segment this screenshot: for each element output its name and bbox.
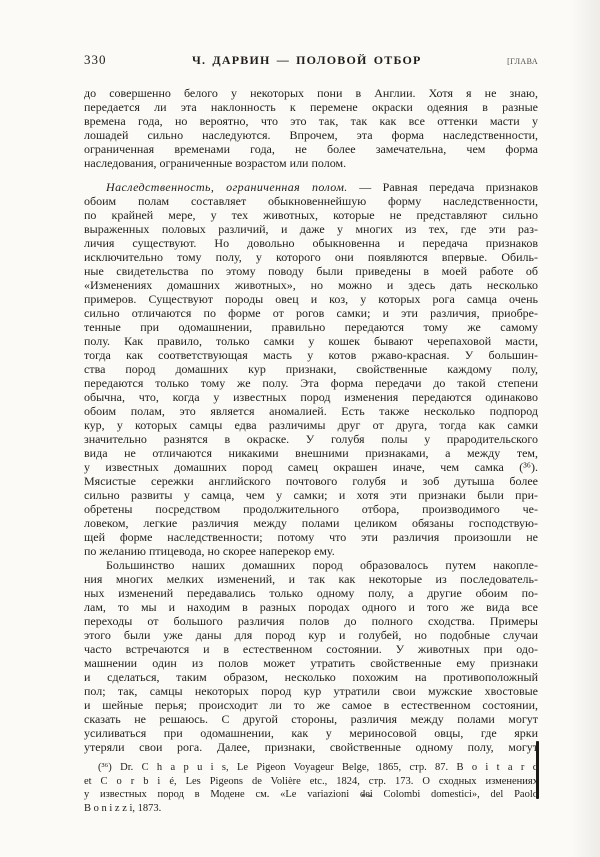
text-line: (³⁶) Dr. C h a p u i s, Le Pigeon Voyage… — [84, 761, 538, 775]
text-line: ные свидетельства по этому поводу были п… — [84, 264, 538, 278]
text-line: ловеком, легкие различия между полами це… — [84, 516, 538, 530]
text-line: передается ли эта наклонность к перемене… — [84, 100, 538, 114]
scan-artifact-speck — [362, 794, 365, 796]
text-line: по желанию птицевода, но скорее напереко… — [84, 544, 538, 558]
text-line: примеров. Существуют породы овец и коз, … — [84, 292, 538, 306]
text-line: этого были уже даны для пород кур и голу… — [84, 628, 538, 642]
text-line: личия существуют. Но довольно обыкновенн… — [84, 236, 538, 250]
text-line: обоим полам, это является аномалией. Ест… — [84, 404, 538, 418]
book-page: 330 Ч. ДАРВИН — ПОЛОВОЙ ОТБОР [ГЛАВА до … — [0, 0, 600, 857]
text-line: «Изменениях домашних животных», но можно… — [84, 278, 538, 292]
scan-artifact-line — [536, 741, 539, 799]
text-line: тогда как соответствующая масть у котов … — [84, 348, 538, 362]
text-line: вида не отличаются никакими внешними при… — [84, 446, 538, 460]
text-line: щей форме наследственности; потому что э… — [84, 530, 538, 544]
paragraph-sex-limited-inheritance: Наследственность, ограниченная полом. — … — [84, 180, 538, 558]
text-line: утеряли свои рога. Далее, признаки, свой… — [84, 740, 538, 754]
text-line: времена года, но вероятно, что это так, … — [84, 114, 538, 128]
running-title: Ч. ДАРВИН — ПОЛОВОЙ ОТБОР — [107, 53, 508, 68]
text-line: передаются только тому же полу. Эта форм… — [84, 376, 538, 390]
page-body: до совершенно белого у некоторых пони в … — [84, 86, 538, 815]
chapter-marker: [ГЛАВА — [507, 57, 538, 66]
page-number: 330 — [84, 52, 107, 68]
text-line: ограниченная временами года, не более за… — [84, 142, 538, 156]
text-line: обычна, что, когда у известных пород изм… — [84, 390, 538, 404]
paragraph-continuation: до совершенно белого у некоторых пони в … — [84, 86, 538, 170]
text-line: et C o r b i é, Les Pigeons de Volière e… — [84, 775, 538, 789]
text-line: до совершенно белого у некоторых пони в … — [84, 86, 538, 100]
page-header: 330 Ч. ДАРВИН — ПОЛОВОЙ ОТБОР [ГЛАВА — [84, 52, 538, 68]
text-line: наследования, ограниченные возрастом или… — [84, 156, 538, 170]
text-line: у известных домашних пород самец окрашен… — [84, 460, 538, 474]
text-line: машнении один из полов может утратить св… — [84, 656, 538, 670]
text-line: обретены посредством продолжительного от… — [84, 502, 538, 516]
text-line: исключительно тому полу, у которого они … — [84, 250, 538, 264]
footnote: (³⁶) Dr. C h a p u i s, Le Pigeon Voyage… — [84, 761, 538, 815]
text-line: обоим полам составляет обыкновеннейшую ф… — [84, 194, 538, 208]
text-line: и сделаться, таким образом, несколько по… — [84, 670, 538, 684]
text-line: ния многих мелких изменений, и так как н… — [84, 572, 538, 586]
italic-lead: Наследственность, ограниченная полом. — [106, 180, 348, 194]
text-line: кур, у которых самцы едва различимы друг… — [84, 418, 538, 432]
text-line: лошадей сильно наследуются. Впрочем, эта… — [84, 128, 538, 142]
text-line: B o n i z z i, 1873. — [84, 802, 538, 816]
text-line: Наследственность, ограниченная полом. — … — [84, 180, 538, 194]
text-line: Мясистые сережки английского почтового г… — [84, 474, 538, 488]
text-line: полу. Как правило, только самки у кошек … — [84, 334, 538, 348]
text-line: часто встречаются и в естественном состо… — [84, 642, 538, 656]
text-line: усиливаться при одомашнении, как у мерин… — [84, 726, 538, 740]
text-line: ства пород домашних кур признаки, свойст… — [84, 362, 538, 376]
text-line: сильно развиты у самца, чем у самки; и х… — [84, 488, 538, 502]
text-line: переходы от большого различия полов до п… — [84, 614, 538, 628]
text-line: по крайней мере, у тех животных, которые… — [84, 208, 538, 222]
scan-edge-fade — [572, 0, 600, 857]
text-line: сказать не решаюсь. С другой стороны, ра… — [84, 712, 538, 726]
text-line: и шейные перья; происходит ли то же само… — [84, 698, 538, 712]
text-line: ных изменений передавались только одному… — [84, 586, 538, 600]
paragraph-domestic-breeds: Большинство наших домашних пород образов… — [84, 558, 538, 754]
text-line: Большинство наших домашних пород образов… — [84, 558, 538, 572]
text-line: значительно разнятся в окраске. У голубя… — [84, 432, 538, 446]
text-line: лам, то мы и находим в разных породах од… — [84, 600, 538, 614]
text-line: пол; так, самцы некоторых пород кур утра… — [84, 684, 538, 698]
text-line: сильно отличаются по форме от рогов самк… — [84, 306, 538, 320]
text-line: тенные при одомашнении, правильно переда… — [84, 320, 538, 334]
text-line: выраженных половых различий, и даже у мн… — [84, 222, 538, 236]
text-line: у известных пород в Модене см. «Le varia… — [84, 788, 538, 802]
